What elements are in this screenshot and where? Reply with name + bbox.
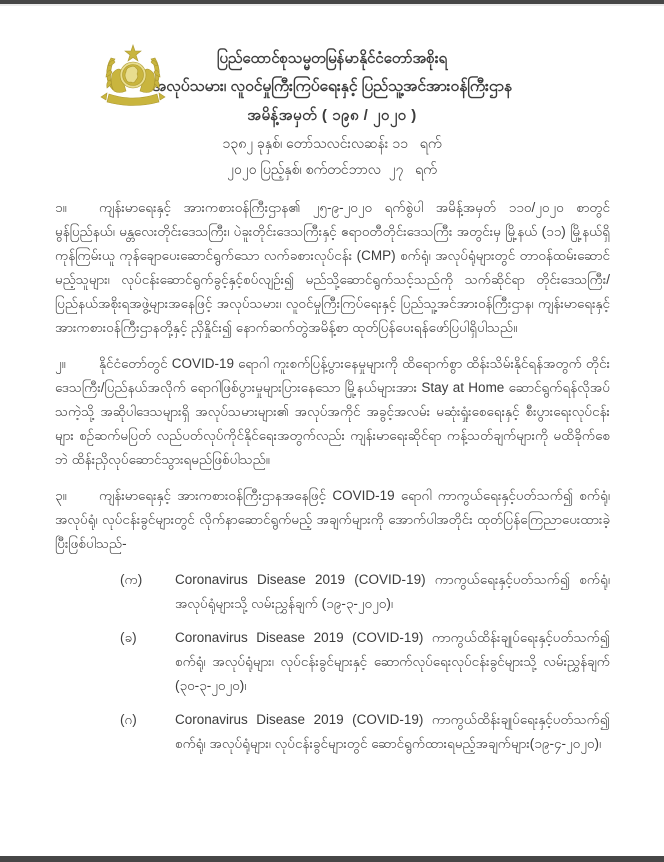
top-edge-bar <box>0 0 664 6</box>
list-item: (က) Coronavirus Disease 2019 (COVID-19) … <box>120 568 610 616</box>
list-item-label: (ဂ) <box>120 708 175 756</box>
list-item-label: (က) <box>120 568 175 616</box>
myanmar-state-seal-icon <box>97 44 169 108</box>
date-myanmar-calendar: ၁၃၈၂ ခုနှစ်၊ တော်သလင်းလဆန်း ၁၁ ရက် <box>0 130 664 156</box>
list-item-text: Coronavirus Disease 2019 (COVID-19) ကာကွ… <box>175 626 610 698</box>
date-gregorian-calendar: ၂၀၂၀ ပြည့်နှစ်၊ စက်တင်ဘာလ ၂၇ ရက် <box>0 156 664 182</box>
document-page: ပြည်ထောင်စုသမ္မတမြန်မာနိုင်ငံတော်အစိုးရ … <box>0 0 664 862</box>
bottom-edge-bar <box>0 856 664 862</box>
paragraph-1-text: ကျန်းမာရေးနှင့် အားကစားဝန်ကြီးဌာန၏ ၂၅-၉-… <box>55 200 610 335</box>
paragraph-2-number: ၂။ <box>55 352 99 376</box>
paragraph-3-text: ကျန်းမာရေးနှင့် အားကစားဝန်ကြီးဌာနအနေဖြင့… <box>55 488 610 551</box>
paragraph-3: ၃။ကျန်းမာရေးနှင့် အားကစားဝန်ကြီးဌာနအနေဖြ… <box>55 484 610 556</box>
paragraph-1: ၁။ကျန်းမာရေးနှင့် အားကစားဝန်ကြီးဌာန၏ ၂၅-… <box>55 196 610 340</box>
list-item: (ခ) Coronavirus Disease 2019 (COVID-19) … <box>120 626 610 698</box>
guideline-list: (က) Coronavirus Disease 2019 (COVID-19) … <box>120 568 610 756</box>
paragraph-2: ၂။နိုင်ငံတော်တွင် COVID-19 ရောဂါ ကူးစက်ပ… <box>55 352 610 472</box>
paragraph-2-text: နိုင်ငံတော်တွင် COVID-19 ရောဂါ ကူးစက်ပြန… <box>55 356 610 467</box>
list-item: (ဂ) Coronavirus Disease 2019 (COVID-19) … <box>120 708 610 756</box>
list-item-text: Coronavirus Disease 2019 (COVID-19) ကာကွ… <box>175 708 610 756</box>
paragraph-1-number: ၁။ <box>55 196 99 220</box>
list-item-text: Coronavirus Disease 2019 (COVID-19) ကာကွ… <box>175 568 610 616</box>
document-body: ၁။ကျန်းမာရေးနှင့် အားကစားဝန်ကြီးဌာန၏ ၂၅-… <box>55 196 610 756</box>
paragraph-3-number: ၃။ <box>55 484 99 508</box>
list-item-label: (ခ) <box>120 626 175 698</box>
